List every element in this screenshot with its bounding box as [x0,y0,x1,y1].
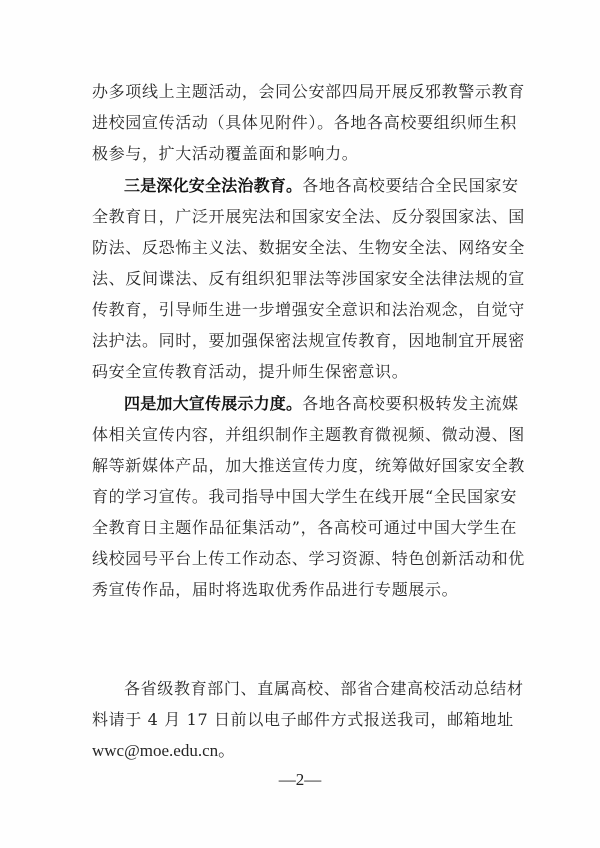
text-line: 解等新媒体产品，加大推送宣传力度，统筹做好国家安全教 [92,450,512,481]
text-line: 全教育日，广泛开展宪法和国家安全法、反分裂国家法、国 [92,201,512,232]
section-three-heading: 三是深化安全法治教育。 [124,176,302,195]
text-line: 防法、反恐怖主义法、数据安全法、生物安全法、网络安全 [92,232,512,263]
text-line: 码安全宣传教育活动，提升师生保密意识。 [92,356,512,387]
section-four-heading: 四是加大宣传展示力度。 [124,394,302,413]
email-address[interactable]: wwc@moe.edu.cn。 [92,735,512,766]
text-line: 秀宣传作品，届时将选取优秀作品进行专题展示。 [92,574,512,605]
document-page: 办多项线上主题活动，会同公安部四局开展反邪教警示教育 进校园宣传活动（具体见附件… [0,0,600,848]
text-line: 法护法。同时，要加强保密法规宣传教育，因地制宜开展密 [92,325,512,356]
text-line: 线校园号平台上传工作动态、学习资源、特色创新活动和优 [92,543,512,574]
text-line: 体相关宣传内容，并组织制作主题教育微视频、微动漫、图 [92,419,512,450]
closing-line: 各省级教育部门、直属高校、部省合建高校活动总结材 [124,673,512,704]
text-line: 传教育，引导师生进一步增强安全意识和法治观念，自觉守 [92,294,512,325]
text-line: 办多项线上主题活动，会同公安部四局开展反邪教警示教育 [92,76,512,107]
text-fragment: 各地各高校要结合全民国家安 [302,176,518,195]
section-three-first-line: 三是深化安全法治教育。各地各高校要结合全民国家安 [124,170,512,201]
text-line: 育的学习宣传。我司指导中国大学生在线开展“全民国家安 [92,481,512,512]
page-number: —2— [0,768,600,792]
text-line: 法、反间谍法、反有组织犯罪法等涉国家安全法律法规的宣 [92,263,512,294]
text-line: 全教育日主题作品征集活动”，各高校可通过中国大学生在 [92,512,512,543]
text-line: 极参与，扩大活动覆盖面和影响力。 [92,138,512,169]
section-four-first-line: 四是加大宣传展示力度。各地各高校要积极转发主流媒 [124,388,512,419]
closing-line: 料请于 4 月 17 日前以电子邮件方式报送我司，邮箱地址 [92,704,512,735]
text-fragment: 各地各高校要积极转发主流媒 [302,394,518,413]
text-line: 进校园宣传活动（具体见附件）。各地各高校要组织师生积 [92,107,512,138]
